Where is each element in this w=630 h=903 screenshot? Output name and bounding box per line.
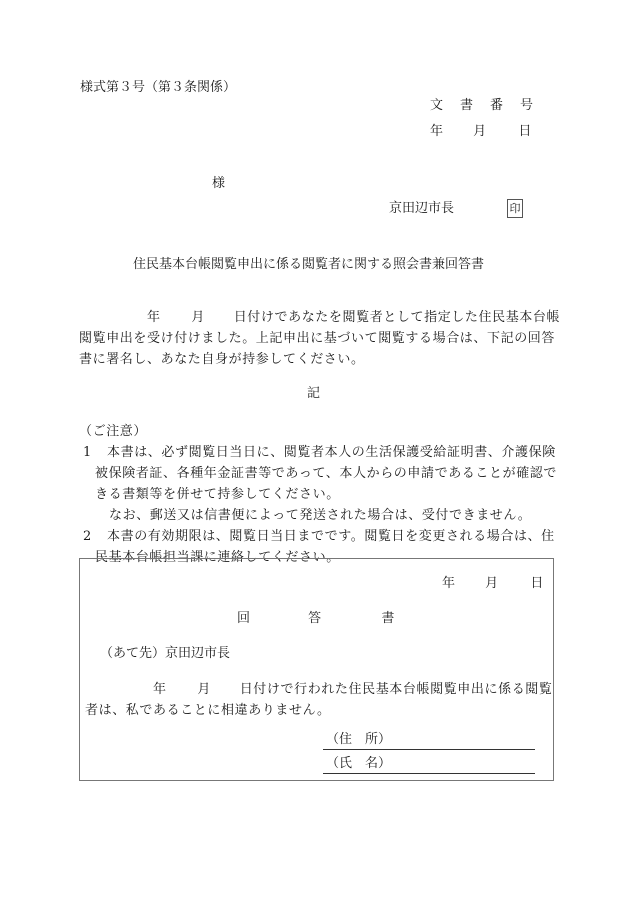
reply-date-year: 年 — [442, 576, 455, 591]
seal-mark: 印 — [507, 199, 523, 218]
addressee-suffix: 様 — [212, 175, 225, 193]
reply-line2: 者は、私であることに相違ありません。 — [85, 700, 555, 721]
document-title: 住民基本台帳閲覧申出に係る閲覧者に関する照会書兼回答書 — [133, 256, 484, 274]
note-1-line: 本書は、必ず閲覧日当日に、閲覧者本人の生活保護受給証明書、介護保険 — [107, 445, 556, 460]
document-number-label: 文 書 番 号 — [430, 97, 535, 115]
header-date: 年 月 日 — [430, 123, 531, 141]
reply-line1: 日付けで行われた住民基本台帳閲覧申出に係る閲覧 — [240, 682, 553, 697]
header-date-year: 年 — [430, 123, 443, 141]
note-1-line: なお、郵送又は信書便によって発送された場合は、受付できません。 — [79, 505, 569, 526]
reply-date: 年 月 日 — [442, 575, 543, 593]
reply-date-year-inline: 年 — [153, 682, 167, 697]
note-1-line: 被保険者証、各種年金証書等であって、本人からの申請であることが確認で — [79, 463, 569, 484]
note-1-number: 1 — [83, 442, 107, 463]
note-2-number: 2 — [83, 526, 107, 547]
reply-date-month-inline: 月 — [197, 682, 211, 697]
reply-form-box: 年 月 日 回 答 書 （あて先）京田辺市長 年 月 日付けで行われた住民基本台… — [79, 558, 554, 781]
note-1-line: きる書類等を併せて持参してください。 — [79, 484, 569, 505]
body-line1: 日付けであなたを閲覧者として指定した住民基本台帳 — [234, 310, 560, 325]
body-paragraph: 年 月 日付けであなたを閲覧者として指定した住民基本台帳 閲覧申出を受け付けまし… — [79, 307, 559, 370]
reply-title-char: 回 — [237, 611, 250, 626]
reply-date-day: 日 — [530, 576, 543, 591]
reply-title-char: 答 — [308, 611, 321, 626]
reply-date-month: 月 — [485, 576, 498, 591]
address-field[interactable] — [323, 731, 535, 750]
body-date-month: 月 — [191, 310, 205, 325]
form-number: 様式第３号（第３条関係） — [80, 79, 236, 97]
body-line2: 閲覧申出を受け付けました。上記申出に基づいて閲覧する場合は、下記の回答 — [79, 328, 559, 349]
ki-label: 記 — [307, 385, 320, 403]
issuer: 京田辺市長 — [389, 200, 454, 218]
note-2-line: 本書の有効期限は、閲覧日当日までです。閲覧日を変更される場合は、住 — [107, 529, 555, 544]
reply-addressee: （あて先）京田辺市長 — [100, 645, 230, 663]
reply-title-char: 書 — [381, 611, 394, 626]
reply-title: 回 答 書 — [237, 610, 394, 628]
notes-heading: （ご注意） — [79, 421, 569, 442]
notes: （ご注意） 1本書は、必ず閲覧日当日に、閲覧者本人の生活保護受給証明書、介護保険… — [79, 421, 569, 568]
header-date-month: 月 — [473, 123, 486, 141]
header-date-day: 日 — [518, 123, 531, 141]
reply-paragraph: 年 月 日付けで行われた住民基本台帳閲覧申出に係る閲覧 者は、私であることに相違… — [85, 679, 555, 721]
name-field[interactable] — [323, 755, 535, 774]
body-date-year: 年 — [147, 310, 161, 325]
body-line3: 書に署名し、あなた自身が持参してください。 — [79, 349, 559, 370]
